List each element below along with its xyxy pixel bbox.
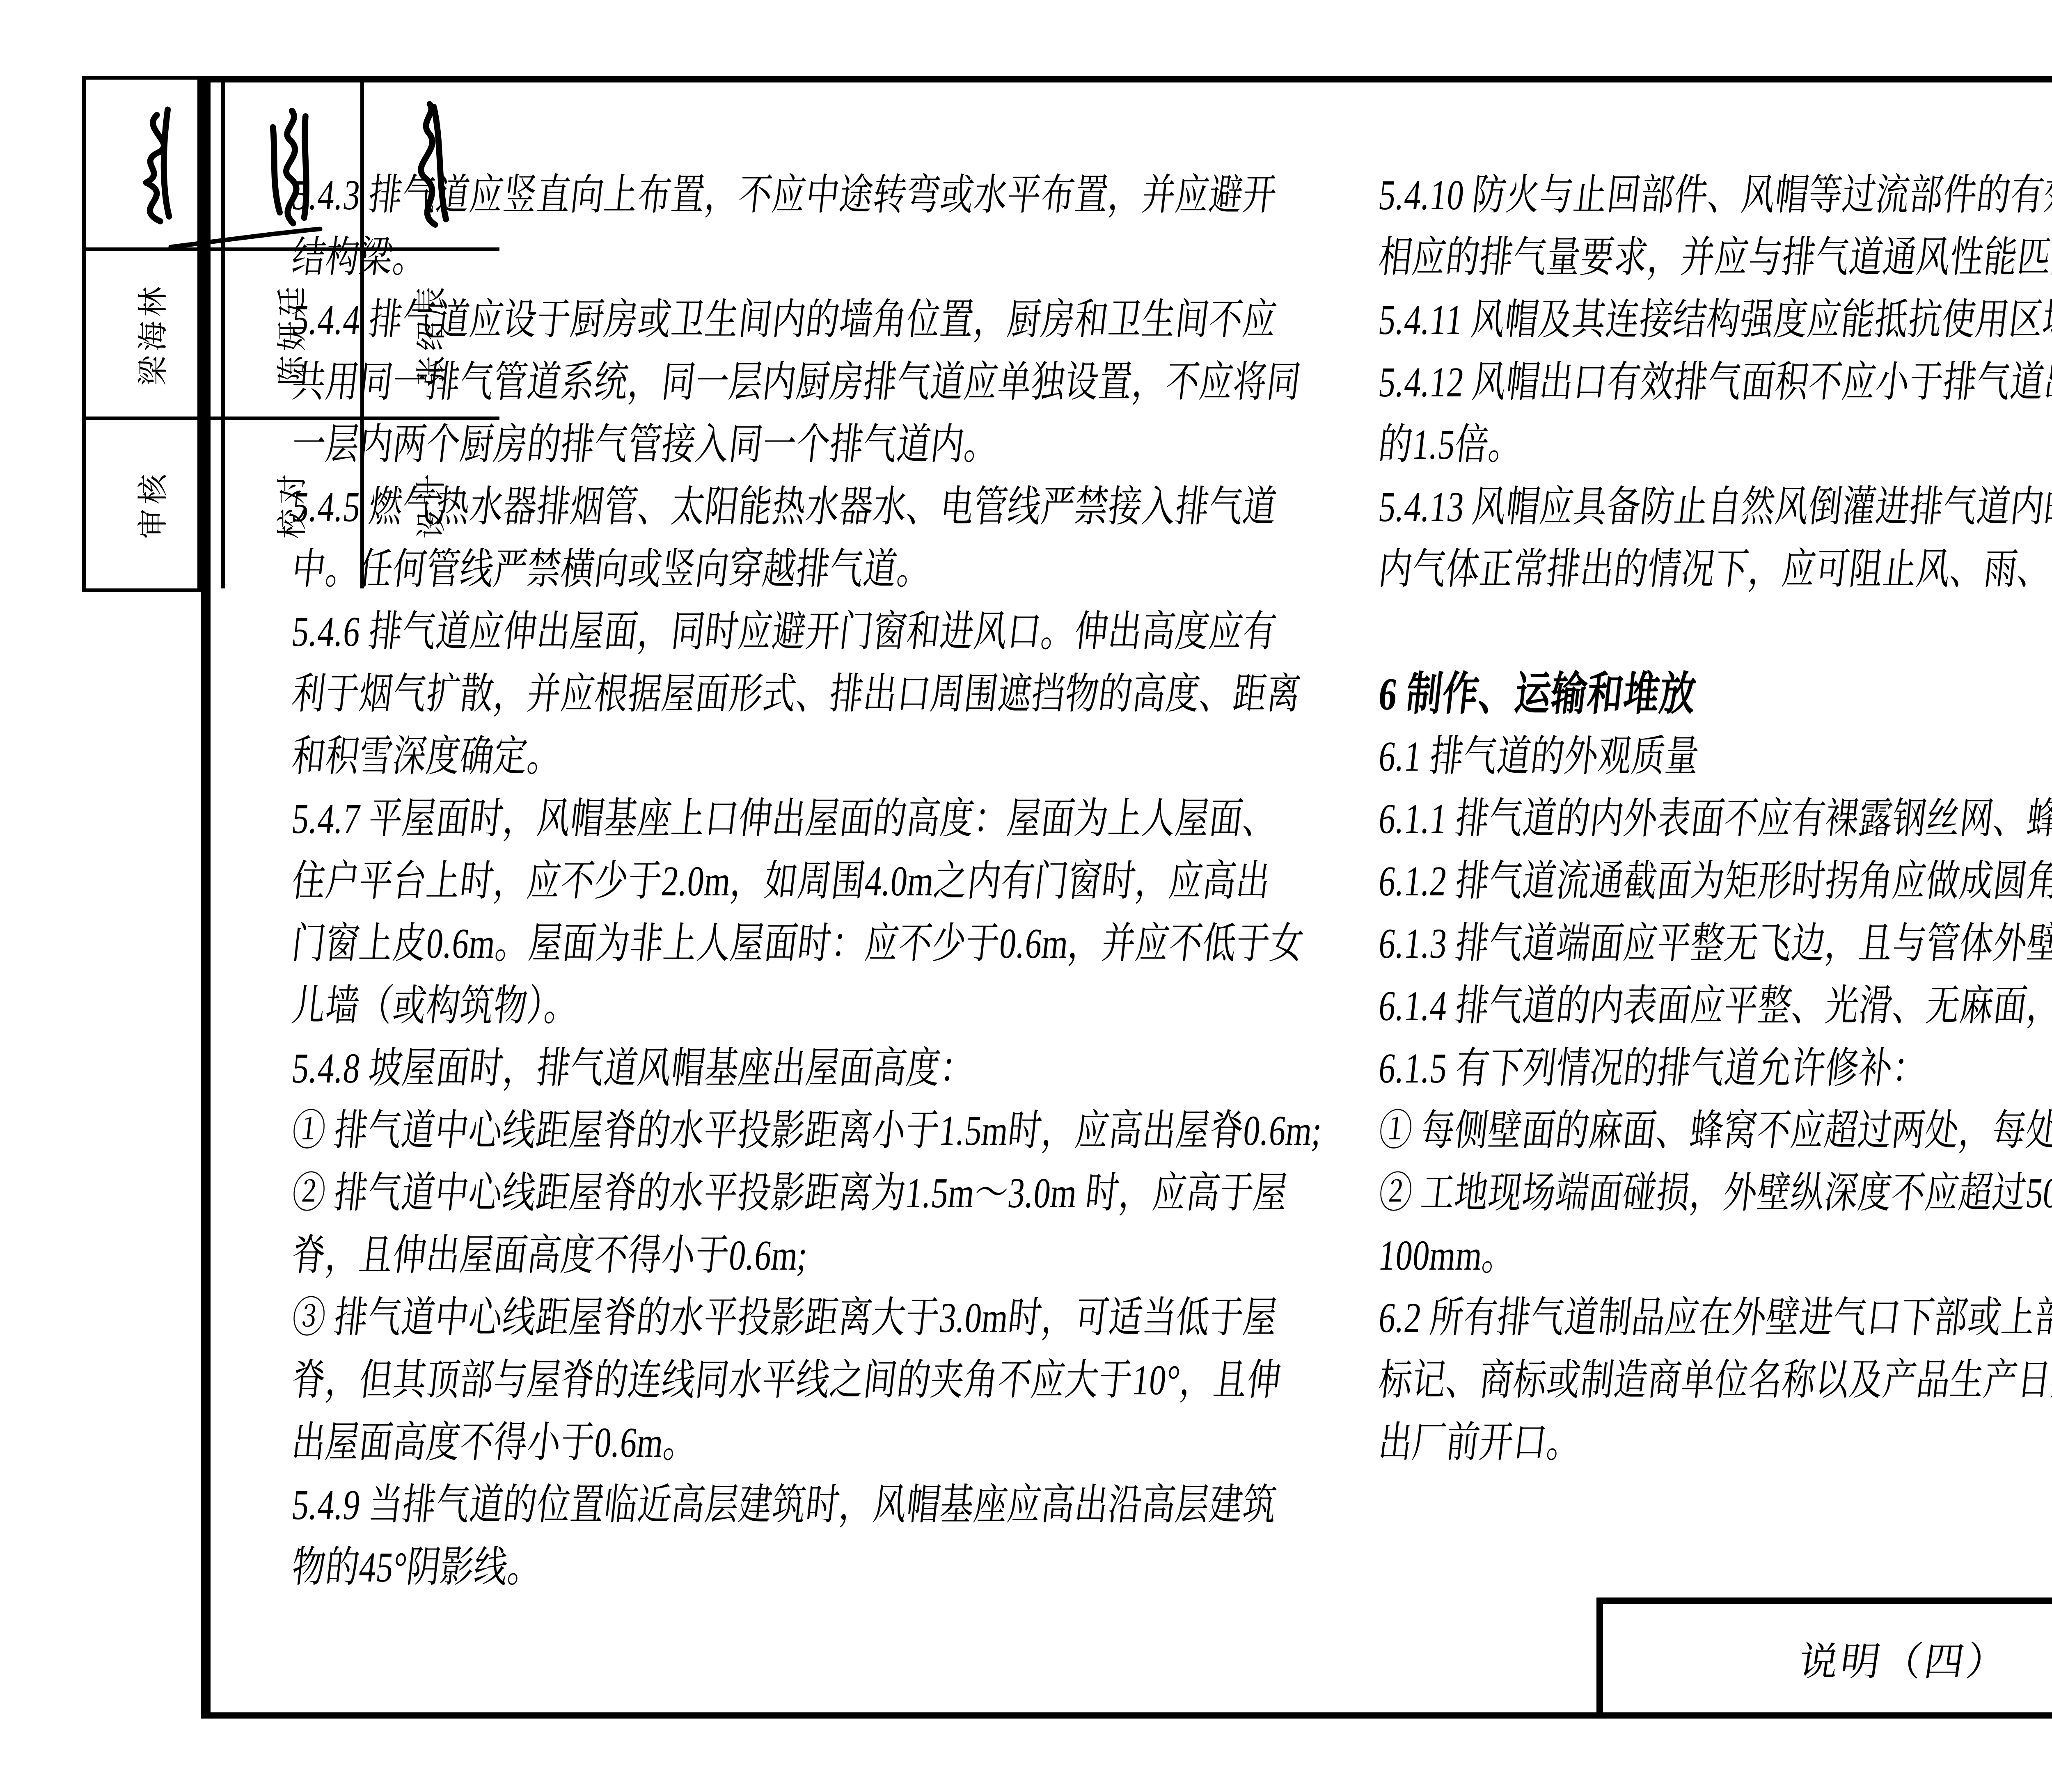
- sheet-title: 说明（四）: [1595, 1604, 2052, 1712]
- text-line: 5.4.5 燃气热水器排烟管、太阳能热水器水、电管线严禁接入排气道: [289, 476, 1096, 538]
- text-line: 5.4.10 防火与止回部件、风帽等过流部件的有效通风截面均应满足: [1376, 164, 2052, 227]
- text-line: 共用同一排气管道系统，同一层内厨房排气道应单独设置，不应将同: [289, 351, 1096, 414]
- text-line: 物的45°阴影线。: [289, 1536, 1096, 1599]
- reviewer-name: 梁海林: [138, 282, 169, 386]
- text-line: 5.4.13 风帽应具备防止自然风倒灌进排气道内的功能，在保证排气道: [1376, 476, 2052, 538]
- text-line: ② 工地现场端面碰损，外壁纵深度不应超过50mm，宽度不应超过: [1376, 1162, 2052, 1224]
- text-line: 结构梁。: [289, 227, 1096, 289]
- title-block: 说明（四） 图集号 23ZTJ516 页 5: [1596, 1597, 2052, 1712]
- text-line: 6.1.5 有下列情况的排气道允许修补：: [1376, 1037, 2052, 1100]
- approval-sidebar-table: 梁海林 陈妍廷 张绍辰 审核 校对 设计: [82, 76, 201, 592]
- text-line: 6.1 排气道的外观质量: [1376, 725, 2052, 788]
- text-line: 门窗上皮0.6m。屋面为非上人屋面时：应不少于0.6m，并应不低于女: [289, 913, 1096, 975]
- text-line: 5.4.11 风帽及其连接结构强度应能抵抗使用区域的最大风力。: [1376, 289, 2052, 351]
- text-line: ① 每侧壁面的麻面、蜂窝不应超过两处，每处面积不应超过0.01m²;: [1376, 1100, 2052, 1162]
- text-line: 6.1.4 排气道的内表面应平整、光滑、无麻面，不应有裂纹。: [1376, 975, 2052, 1037]
- text-line: 住户平台上时，应不少于2.0m，如周围4.0m之内有门窗时，应高出: [289, 850, 1096, 913]
- text-line: 5.4.4 排气道应设于厨房或卫生间内的墙角位置，厨房和卫生间不应: [289, 289, 1096, 351]
- text-line: 5.4.6 排气道应伸出屋面，同时应避开门窗和进风口。伸出高度应有: [289, 601, 1096, 663]
- text-line: 5.4.12 风帽出口有效排气面积不应小于排气道出口有效流通截面积: [1376, 351, 2052, 414]
- reviewer-role-label: 审核: [138, 470, 169, 539]
- text-line: [1376, 601, 2052, 663]
- text-line: 内气体正常排出的情况下，应可阻止风、雨、雪等倒灌进入排气道内。: [1376, 538, 2052, 601]
- text-line: ② 排气道中心线距屋脊的水平投影距离为1.5m～3.0m 时，应高于屋: [289, 1162, 1096, 1224]
- text-line: 出屋面高度不得小于0.6m。: [289, 1412, 1096, 1474]
- text-line: 中。任何管线严禁横向或竖向穿越排气道。: [289, 538, 1096, 601]
- text-line: ① 排气道中心线距屋脊的水平投影距离小于1.5m时，应高出屋脊0.6m;: [289, 1100, 1096, 1162]
- left-text-column: 5.4.3 排气道应竖直向上布置，不应中途转弯或水平布置，并应避开 结构梁。 5…: [292, 164, 1318, 1599]
- text-line: 和积雪深度确定。: [289, 725, 1096, 788]
- text-line: 脊，但其顶部与屋脊的连线同水平线之间的夹角不应大于10°，且伸: [289, 1349, 1096, 1412]
- text-line: ③ 排气道中心线距屋脊的水平投影距离大于3.0m时，可适当低于屋: [289, 1287, 1096, 1349]
- text-line: 脊，且伸出屋面高度不得小于0.6m;: [289, 1224, 1096, 1287]
- text-line: 一层内两个厨房的排气管接入同一个排气道内。: [289, 414, 1096, 476]
- drawing-sheet: 梁海林 陈妍廷 张绍辰 审核 校对 设计 5.4.3 排气道应竖直向上布置，不应…: [0, 0, 2052, 1792]
- text-line: 的1.5倍。: [1376, 414, 2052, 476]
- text-line: 相应的排气量要求，并应与排气道通风性能匹配。: [1376, 227, 2052, 289]
- text-line: 6.1.3 排气道端面应平整无飞边，且与管体外壁面相垂直。: [1376, 913, 2052, 975]
- text-line: 标记、商标或制造商单位名称以及产品生产日期。排气道进气口宜在: [1376, 1349, 2052, 1412]
- text-line: 100mm。: [1376, 1224, 2052, 1287]
- text-line: 利于烟气扩散，并应根据屋面形式、排出口周围遮挡物的高度、距离: [289, 663, 1096, 725]
- text-line: 5.4.8 坡屋面时，排气道风帽基座出屋面高度：: [289, 1037, 1096, 1100]
- text-line: 5.4.7 平屋面时，风帽基座上口伸出屋面的高度：屋面为上人屋面、: [289, 788, 1096, 850]
- text-line: 儿墙（或构筑物）。: [289, 975, 1096, 1037]
- text-line: 5.4.9 当排气道的位置临近高层建筑时，风帽基座应高出沿高层建筑: [289, 1474, 1096, 1536]
- section-heading: 6 制作、运输和堆放: [1376, 663, 2052, 725]
- text-line: 5.4.3 排气道应竖直向上布置，不应中途转弯或水平布置，并应避开: [289, 164, 1096, 227]
- text-line: 6.2 所有排气道制品应在外壁进气口下部或上部的显著位置标注产品: [1376, 1287, 2052, 1349]
- handwritten-signature-icon: [123, 96, 184, 231]
- text-line: 出厂前开口。: [1376, 1412, 2052, 1474]
- right-text-column: 5.4.10 防火与止回部件、风帽等过流部件的有效通风截面均应满足 相应的排气量…: [1379, 164, 2052, 1474]
- text-line: 6.1.1 排气道的内外表面不应有裸露钢丝网、蜂窝、塌陷和空鼓现象。: [1376, 788, 2052, 850]
- text-line: 6.1.2 排气道流通截面为矩形时拐角应做成圆角或倒角。: [1376, 850, 2052, 913]
